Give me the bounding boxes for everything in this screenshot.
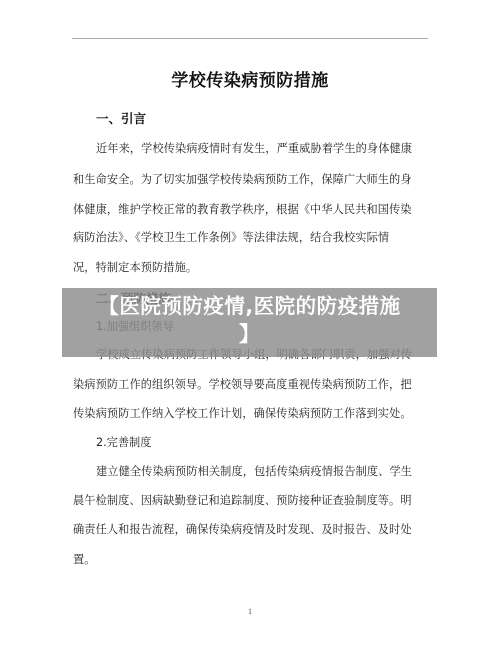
overlay-title-line2: 】 [62,320,437,348]
paragraph-line: 近年来，学校传染病疫情时有发生，严重威胁着学生的身体健康 [96,140,456,156]
overlay-title: 【医院预防疫情,医院的防疫措施 】 [62,292,437,348]
document-title: 学校传染病预防措施 [0,66,500,91]
paragraph-line: 和生命安全。为了切实加强学校传染病预防工作，保障广大师生的身 [73,171,433,187]
subsection-heading: 2.完善制度 [96,434,151,450]
paragraph-line: 建立健全传染病预防相关制度，包括传染病疫情报告制度、学生 [96,463,456,479]
paragraph-line: 置。 [73,551,433,567]
section-heading-intro: 一、引言 [96,109,146,127]
paragraph-line: 晨午检制度、因病缺勤登记和追踪制度、预防接种证查验制度等。明 [73,492,433,508]
paragraph-line: 染病预防工作的组织领导。学校领导要高度重视传染病预防工作，把 [73,376,433,392]
paragraph-line: 况，特制定本预防措施。 [73,259,433,275]
paragraph-line: 传染病预防工作纳入学校工作计划，确保传染病预防工作落到实处。 [73,405,433,421]
page-number: 1 [0,607,500,616]
paragraph-line: 确责任人和报告流程，确保传染病疫情及时发现、及时报告、及时处 [73,521,433,537]
paragraph-line: 病防治法》、《学校卫生工作条例》等法律法规，结合我校实际情 [73,229,433,245]
header-rule [72,38,428,39]
overlay-title-line1: 【医院预防疫情,医院的防疫措施 [62,292,437,320]
paragraph-line: 体健康，维护学校正常的教育教学秩序，根据《中华人民共和国传染 [73,201,433,217]
